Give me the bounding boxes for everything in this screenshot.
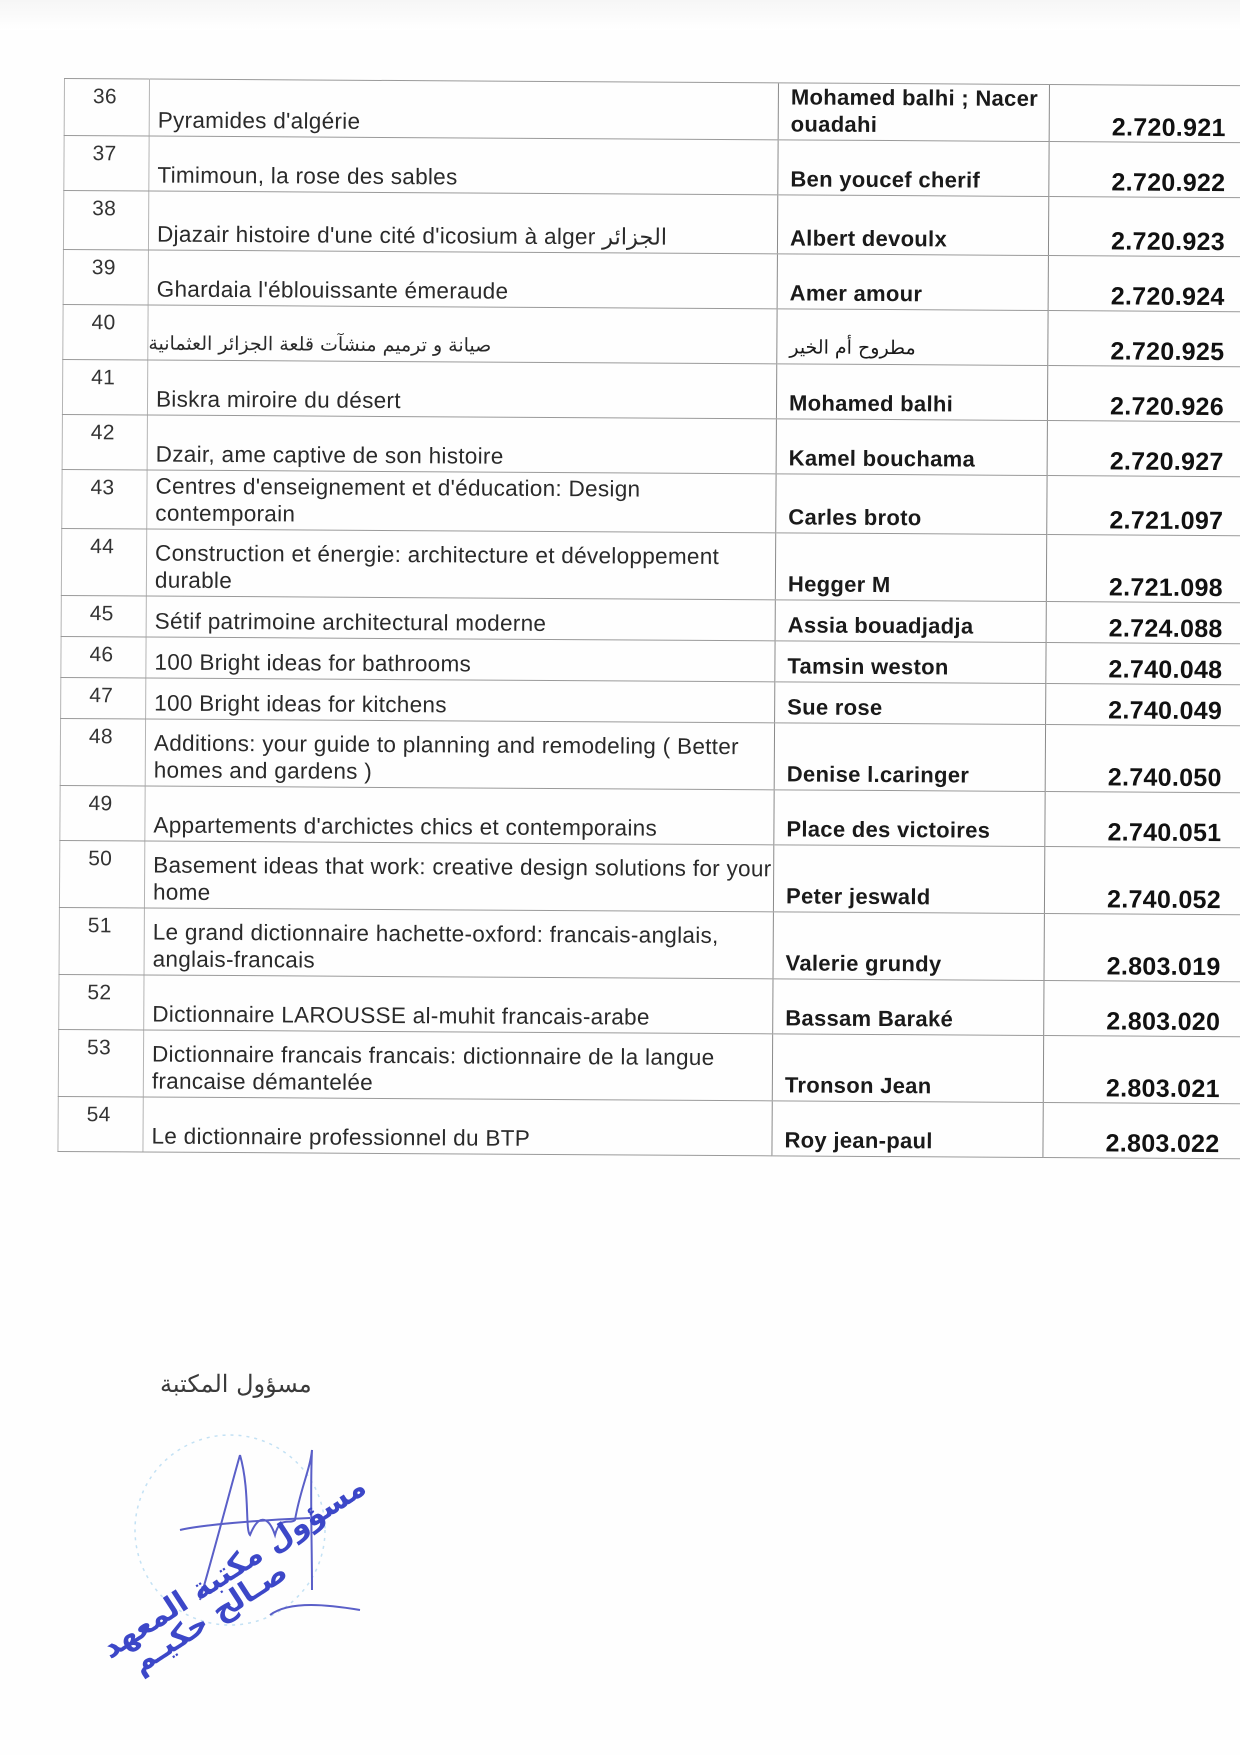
book-title: Le grand dictionnaire hachette-oxford: f… xyxy=(144,908,773,979)
table-row: 44Construction et énergie: architecture … xyxy=(61,528,1240,602)
book-inventory-table: 36Pyramides d'algérieMohamed balhi ; Nac… xyxy=(57,78,1240,1159)
inventory-code: 2.740.050 xyxy=(1045,725,1240,793)
inventory-code: 2.803.021 xyxy=(1043,1036,1240,1104)
signature-label: مسؤول المكتبة xyxy=(160,1370,312,1398)
book-author: Albert devoulx xyxy=(777,195,1048,256)
inventory-code: 2.720.925 xyxy=(1048,311,1240,367)
row-number: 46 xyxy=(61,636,146,678)
inventory-code: 2.803.020 xyxy=(1044,981,1240,1037)
row-number: 39 xyxy=(63,249,148,305)
book-author: Tronson Jean xyxy=(772,1034,1043,1103)
inventory-code: 2.740.048 xyxy=(1046,643,1240,685)
scanned-page: 36Pyramides d'algérieMohamed balhi ; Nac… xyxy=(0,0,1240,1755)
book-author: Tamsin weston xyxy=(775,641,1046,684)
book-title: Dictionnaire LAROUSSE al-muhit francais-… xyxy=(144,975,773,1034)
signature-block: مسؤول المكتبة مسؤول مكتبة المعهد صـالح ح… xyxy=(60,1370,380,1730)
inventory-code: 2.720.924 xyxy=(1048,256,1240,312)
row-number: 50 xyxy=(59,840,144,908)
table-row: 42Dzair, ame captive de son histoireKame… xyxy=(62,414,1240,476)
book-author: Sue rose xyxy=(775,682,1046,725)
inventory-code: 2.720.922 xyxy=(1049,142,1240,198)
book-author: Place des victoires xyxy=(774,790,1045,847)
book-author: Assia bouadjadja xyxy=(775,600,1046,643)
book-inventory-table-wrapper: 36Pyramides d'algérieMohamed balhi ; Nac… xyxy=(57,78,1218,1159)
inventory-code: 2.803.022 xyxy=(1043,1103,1240,1159)
inventory-code: 2.721.097 xyxy=(1047,476,1240,536)
table-row: 47100 Bright ideas for kitchensSue rose2… xyxy=(61,677,1240,725)
book-author: Bassam Baraké xyxy=(773,979,1044,1036)
table-row: 50Basement ideas that work: creative des… xyxy=(59,840,1240,914)
inventory-code: 2.721.098 xyxy=(1046,535,1240,603)
book-title: Djazair histoire d'une cité d'icosium à … xyxy=(148,191,777,254)
inventory-code: 2.740.049 xyxy=(1046,684,1240,726)
library-stamp: مسؤول مكتبة المعهد صـالح حكيـم xyxy=(80,1430,380,1730)
table-row: 38Djazair histoire d'une cité d'icosium … xyxy=(63,191,1240,257)
book-author: Mohamed balhi ; Nacer ouadahi xyxy=(778,83,1049,142)
row-number: 42 xyxy=(62,414,147,470)
book-title: 100 Bright ideas for kitchens xyxy=(146,678,775,723)
row-number: 49 xyxy=(60,785,145,841)
book-title: Pyramides d'algérie xyxy=(149,79,778,140)
inventory-code: 2.720.926 xyxy=(1047,366,1240,422)
table-row: 37Timimoun, la rose des sablesBen youcef… xyxy=(64,136,1240,198)
book-author: Kamel bouchama xyxy=(776,419,1047,476)
book-author: Denise l.caringer xyxy=(774,723,1045,792)
row-number: 36 xyxy=(64,79,149,137)
book-author: Ben youcef cherif xyxy=(778,140,1049,197)
book-author: Valerie grundy xyxy=(773,912,1044,981)
table-row: 49Appartements d'archictes chics et cont… xyxy=(60,785,1240,847)
book-author: Mohamed balhi xyxy=(776,364,1047,421)
book-title: Appartements d'archictes chics et contem… xyxy=(145,786,774,845)
row-number: 43 xyxy=(62,469,147,529)
book-title: Sétif patrimoine architectural moderne xyxy=(146,596,775,641)
row-number: 53 xyxy=(58,1029,143,1097)
table-row: 36Pyramides d'algérieMohamed balhi ; Nac… xyxy=(64,79,1240,143)
book-title: Biskra miroire du désert xyxy=(147,360,776,419)
row-number: 45 xyxy=(61,595,146,637)
row-number: 41 xyxy=(62,359,147,415)
row-number: 54 xyxy=(58,1096,143,1152)
table-row: 53Dictionnaire francais francais: dictio… xyxy=(58,1029,1240,1103)
table-row: 39Ghardaia l'éblouissante émeraudeAmer a… xyxy=(63,249,1240,311)
inventory-code: 2.740.052 xyxy=(1044,847,1240,915)
table-row: 54Le dictionnaire professionnel du BTPRo… xyxy=(58,1096,1240,1158)
inventory-code: 2.740.051 xyxy=(1045,792,1240,848)
inventory-code: 2.720.927 xyxy=(1047,421,1240,477)
table-body: 36Pyramides d'algérieMohamed balhi ; Nac… xyxy=(58,79,1240,1159)
row-number: 37 xyxy=(64,136,149,192)
table-row: 52Dictionnaire LAROUSSE al-muhit francai… xyxy=(59,974,1240,1036)
scan-edge-shadow xyxy=(0,0,1240,30)
table-row: 48Additions: your guide to planning and … xyxy=(60,718,1240,792)
book-author: Roy jean-paul xyxy=(772,1101,1043,1158)
book-title: Basement ideas that work: creative desig… xyxy=(144,841,773,912)
book-title: Centres d'enseignement et d'éducation: D… xyxy=(147,470,776,533)
book-title: Dzair, ame captive de son histoire xyxy=(147,415,776,474)
book-title: Ghardaia l'éblouissante émeraude xyxy=(148,250,777,309)
table-row: 45Sétif patrimoine architectural moderne… xyxy=(61,595,1240,643)
inventory-code: 2.803.019 xyxy=(1044,914,1240,982)
book-title: Additions: your guide to planning and re… xyxy=(145,719,774,790)
inventory-code: 2.720.923 xyxy=(1048,197,1240,257)
table-row: 41Biskra miroire du désertMohamed balhi2… xyxy=(62,359,1240,421)
table-row: 43Centres d'enseignement et d'éducation:… xyxy=(62,469,1240,535)
row-number: 44 xyxy=(61,528,146,596)
table-row: 46100 Bright ideas for bathroomsTamsin w… xyxy=(61,636,1240,684)
book-author: Peter jeswald xyxy=(773,845,1044,914)
book-title: 100 Bright ideas for bathrooms xyxy=(146,637,775,682)
inventory-code: 2.724.088 xyxy=(1046,602,1240,644)
table-row: 40صيانة و ترميم منشآت قلعة الجزائر العثم… xyxy=(63,304,1240,366)
book-title: صيانة و ترميم منشآت قلعة الجزائر العثمان… xyxy=(148,305,777,364)
row-number: 40 xyxy=(63,304,148,360)
book-author: Amer amour xyxy=(777,254,1048,311)
table-row: 51Le grand dictionnaire hachette-oxford:… xyxy=(59,907,1240,981)
inventory-code: 2.720.921 xyxy=(1049,85,1240,143)
book-title: Le dictionnaire professionnel du BTP xyxy=(143,1097,772,1156)
book-author: Carles broto xyxy=(776,474,1047,535)
row-number: 51 xyxy=(59,907,144,975)
book-title: Timimoun, la rose des sables xyxy=(149,136,778,195)
book-author: Hegger M xyxy=(775,533,1046,602)
book-title: Construction et énergie: architecture et… xyxy=(146,529,775,600)
row-number: 52 xyxy=(59,974,144,1030)
book-title: Dictionnaire francais francais: dictionn… xyxy=(143,1030,772,1101)
book-author: مطروح أم الخير xyxy=(777,309,1048,366)
row-number: 48 xyxy=(60,718,145,786)
row-number: 38 xyxy=(63,191,148,251)
row-number: 47 xyxy=(61,677,146,719)
